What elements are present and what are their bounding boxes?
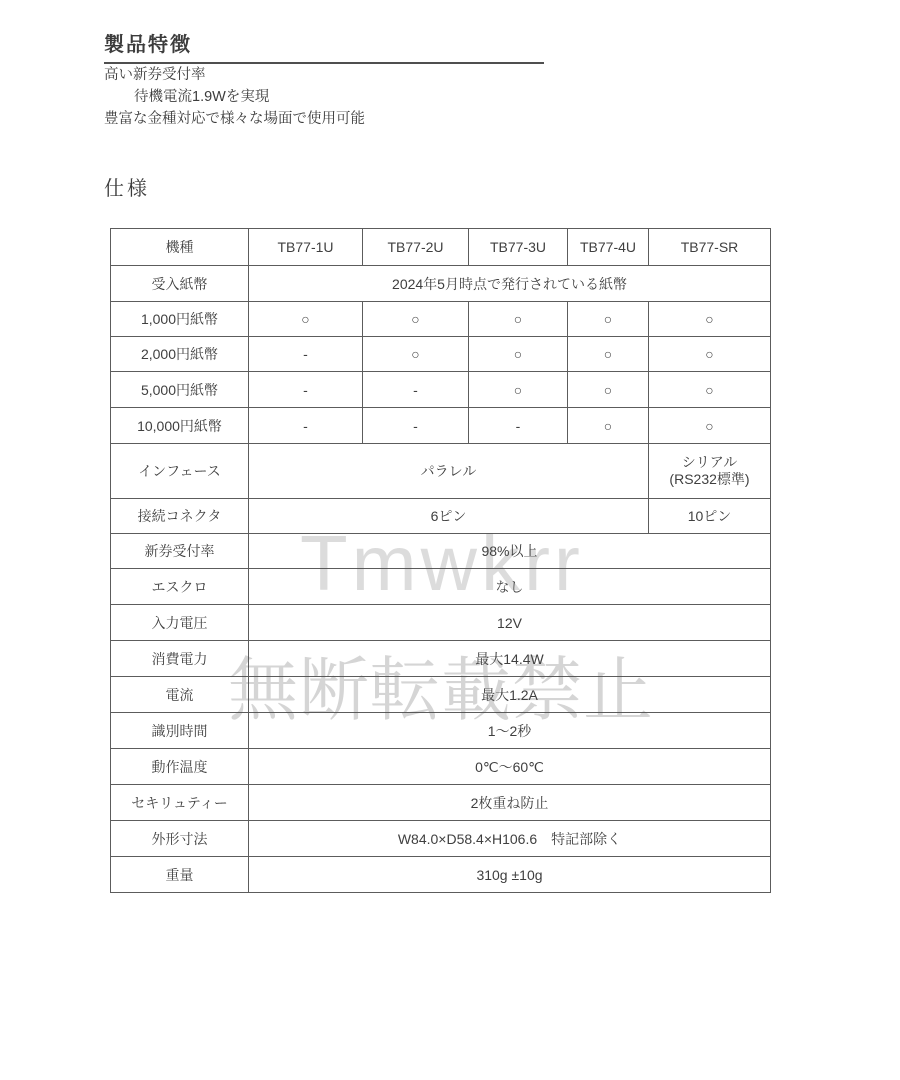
- support-mark: ○: [363, 302, 469, 337]
- feature-line: 高い新券受付率: [104, 64, 365, 86]
- column-header: TB77-2U: [363, 229, 469, 266]
- cell-value: パラレル: [249, 444, 649, 499]
- table-row: エスクロ なし: [111, 569, 771, 605]
- support-mark: ○: [649, 337, 771, 372]
- row-label: 動作温度: [111, 749, 249, 785]
- support-mark: -: [249, 337, 363, 372]
- cell-value: 最大1.2A: [249, 677, 771, 713]
- support-mark: -: [249, 372, 363, 408]
- row-label: 10,000円紙幣: [111, 408, 249, 444]
- support-mark: ○: [649, 372, 771, 408]
- cell-value: 98%以上: [249, 534, 771, 569]
- table-row: インフェース パラレル シリアル (RS232標準): [111, 444, 771, 499]
- cell-line: シリアル: [649, 454, 770, 471]
- support-mark: ○: [568, 337, 649, 372]
- row-label: 入力電圧: [111, 605, 249, 641]
- table-row: 電流 最大1.2A: [111, 677, 771, 713]
- cell-value: 12V: [249, 605, 771, 641]
- support-mark: ○: [568, 372, 649, 408]
- row-label: エスクロ: [111, 569, 249, 605]
- column-header: TB77-1U: [249, 229, 363, 266]
- row-label: 外形寸法: [111, 821, 249, 857]
- cell-value: 0℃〜60℃: [249, 749, 771, 785]
- table-row: 識別時間 1〜2秒: [111, 713, 771, 749]
- table-row: 外形寸法 W84.0×D58.4×H106.6 特記部除く: [111, 821, 771, 857]
- cell-value: 2024年5月時点で発行されている紙幣: [249, 266, 771, 302]
- support-mark: ○: [649, 408, 771, 444]
- support-mark: ○: [469, 302, 568, 337]
- support-mark: ○: [568, 408, 649, 444]
- cell-value: W84.0×D58.4×H106.6 特記部除く: [249, 821, 771, 857]
- cell-value: 10ピン: [649, 499, 771, 534]
- cell-value: 6ピン: [249, 499, 649, 534]
- table-row: セキリュティー 2枚重ね防止: [111, 785, 771, 821]
- features-list: 高い新券受付率 待機電流1.9Wを実現 豊富な金種対応で様々な場面で使用可能: [104, 64, 365, 130]
- row-label: 電流: [111, 677, 249, 713]
- row-label: 受入紙幣: [111, 266, 249, 302]
- support-mark: -: [363, 408, 469, 444]
- row-label: 識別時間: [111, 713, 249, 749]
- cell-value: なし: [249, 569, 771, 605]
- spec-heading: 仕様: [104, 172, 150, 201]
- column-header: TB77-4U: [568, 229, 649, 266]
- support-mark: -: [469, 408, 568, 444]
- table-row: 2,000円紙幣 - ○ ○ ○ ○: [111, 337, 771, 372]
- support-mark: -: [363, 372, 469, 408]
- table-row: 1,000円紙幣 ○ ○ ○ ○ ○: [111, 302, 771, 337]
- table-header-row: 機種 TB77-1U TB77-2U TB77-3U TB77-4U TB77-…: [111, 229, 771, 266]
- table-row: 接続コネクタ 6ピン 10ピン: [111, 499, 771, 534]
- feature-line: 待機電流1.9Wを実現: [104, 86, 365, 108]
- row-label: 5,000円紙幣: [111, 372, 249, 408]
- table-row: 重量 310g ±10g: [111, 857, 771, 893]
- support-mark: ○: [649, 302, 771, 337]
- table-row: 消費電力 最大14.4W: [111, 641, 771, 677]
- support-mark: -: [249, 408, 363, 444]
- support-mark: ○: [469, 337, 568, 372]
- column-header: TB77-SR: [649, 229, 771, 266]
- row-label: インフェース: [111, 444, 249, 499]
- support-mark: ○: [249, 302, 363, 337]
- support-mark: ○: [469, 372, 568, 408]
- support-mark: ○: [363, 337, 469, 372]
- feature-line: 豊富な金種対応で様々な場面で使用可能: [104, 108, 365, 130]
- cell-value: 1〜2秒: [249, 713, 771, 749]
- row-label: 消費電力: [111, 641, 249, 677]
- support-mark: ○: [568, 302, 649, 337]
- cell-value: 最大14.4W: [249, 641, 771, 677]
- document-page: 製品特徴 高い新券受付率 待機電流1.9Wを実現 豊富な金種対応で様々な場面で使…: [0, 0, 900, 1080]
- row-label: 接続コネクタ: [111, 499, 249, 534]
- table-row: 新券受付率 98%以上: [111, 534, 771, 569]
- row-label: 重量: [111, 857, 249, 893]
- column-header: 機種: [111, 229, 249, 266]
- spec-table: 機種 TB77-1U TB77-2U TB77-3U TB77-4U TB77-…: [110, 228, 771, 893]
- table-row: 5,000円紙幣 - - ○ ○ ○: [111, 372, 771, 408]
- features-heading: 製品特徴: [104, 28, 544, 64]
- cell-value: 310g ±10g: [249, 857, 771, 893]
- column-header: TB77-3U: [469, 229, 568, 266]
- table-row: 受入紙幣 2024年5月時点で発行されている紙幣: [111, 266, 771, 302]
- row-label: 新券受付率: [111, 534, 249, 569]
- row-label: 1,000円紙幣: [111, 302, 249, 337]
- table-row: 10,000円紙幣 - - - ○ ○: [111, 408, 771, 444]
- cell-line: (RS232標準): [649, 471, 770, 488]
- cell-value: 2枚重ね防止: [249, 785, 771, 821]
- cell-value: シリアル (RS232標準): [649, 444, 771, 499]
- row-label: 2,000円紙幣: [111, 337, 249, 372]
- row-label: セキリュティー: [111, 785, 249, 821]
- table-row: 入力電圧 12V: [111, 605, 771, 641]
- table-row: 動作温度 0℃〜60℃: [111, 749, 771, 785]
